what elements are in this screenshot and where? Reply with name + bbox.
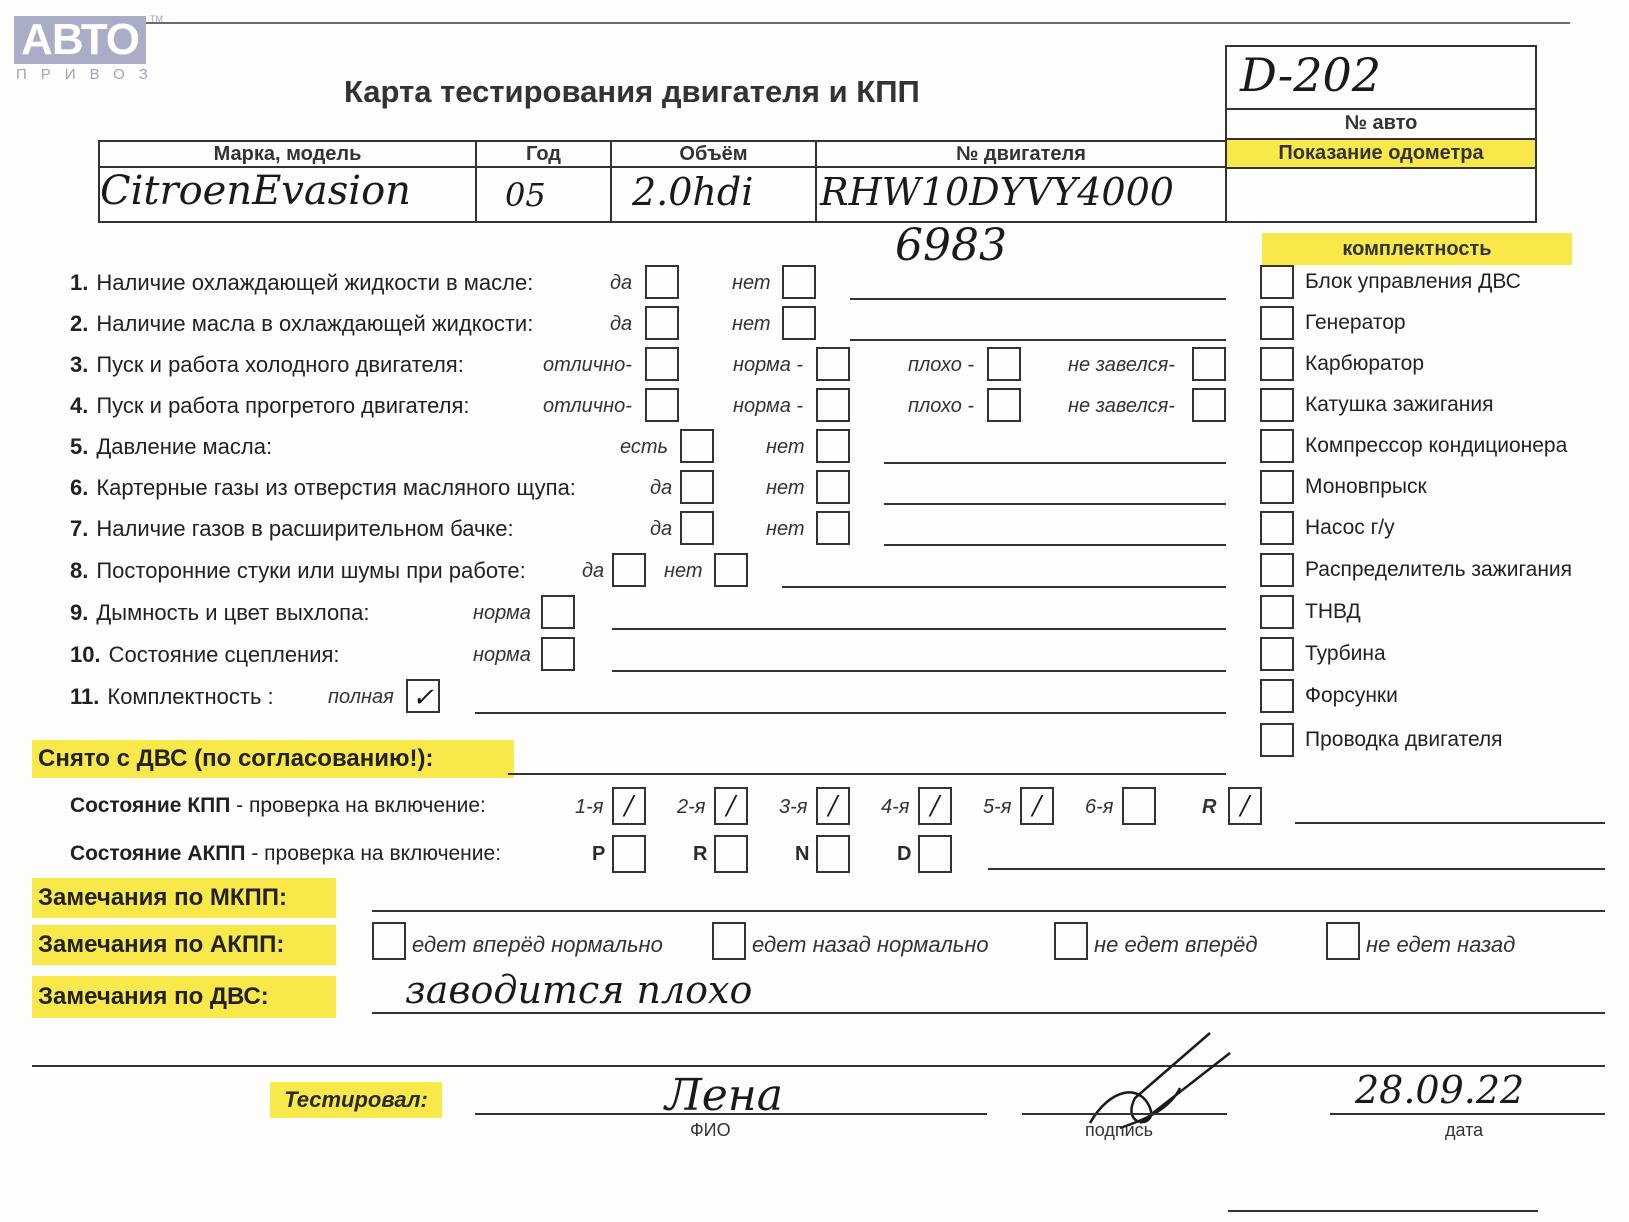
option-label: да xyxy=(650,477,672,500)
signature-caption: подпись xyxy=(1085,1120,1153,1141)
dvs-remarks-field-line xyxy=(372,1012,1605,1014)
option-checkbox[interactable] xyxy=(680,429,714,463)
option-checkbox[interactable] xyxy=(645,306,679,340)
auto-position-label: P xyxy=(592,843,605,866)
option-checkbox[interactable]: ✓ xyxy=(406,679,440,713)
auto-position-checkbox[interactable] xyxy=(612,835,646,873)
checklist-row: 9.Дымность и цвет выхлопа: xyxy=(70,600,369,626)
year-value[interactable]: 05 xyxy=(505,176,546,214)
row-label: Давление масла: xyxy=(96,434,272,459)
col-header-volume: Объём xyxy=(612,143,815,166)
row-number: 9. xyxy=(70,600,88,625)
gear-label: 6-я xyxy=(1085,796,1113,819)
manual-gearbox-label-bold: Состояние КПП xyxy=(70,794,230,817)
kit-checkbox[interactable] xyxy=(1260,595,1294,629)
option-label: не завелся- xyxy=(1068,395,1175,418)
kit-item-label: Блок управления ДВС xyxy=(1305,270,1521,294)
row-label: Состояние сцепления: xyxy=(109,642,340,667)
option-checkbox[interactable] xyxy=(987,347,1021,381)
option-checkbox[interactable] xyxy=(1192,388,1226,422)
kit-item-label: Катушка зажигания xyxy=(1305,393,1493,417)
auto-position-label: N xyxy=(795,843,809,866)
col-header-engine-number: № двигателя xyxy=(817,143,1225,166)
option-checkbox[interactable] xyxy=(645,388,679,422)
option-label: плохо - xyxy=(908,354,974,377)
checklist-row: 11.Комплектность : xyxy=(70,684,274,710)
option-label: норма xyxy=(473,602,531,625)
gear-label: 4-я xyxy=(881,796,909,819)
option-checkbox[interactable] xyxy=(816,429,850,463)
row-label: Наличие газов в расширительном бачке: xyxy=(96,516,513,541)
row-number: 3. xyxy=(70,352,88,377)
tested-label: Тестировал: xyxy=(270,1082,442,1118)
akpp-option-label: не едет назад xyxy=(1366,932,1515,958)
kit-checkbox[interactable] xyxy=(1260,347,1294,381)
row-notes-field[interactable] xyxy=(850,339,1226,341)
auto-position-label: R xyxy=(693,843,707,866)
col-header-year: Год xyxy=(477,143,610,166)
row-number: 1. xyxy=(70,270,88,295)
kit-item-label: Распределитель зажигания xyxy=(1305,558,1572,582)
kit-checkbox[interactable] xyxy=(1260,388,1294,422)
divider xyxy=(1225,108,1537,110)
row-notes-field[interactable] xyxy=(612,628,1226,630)
option-checkbox[interactable] xyxy=(1192,347,1226,381)
gear-checkbox[interactable]: / xyxy=(1020,787,1054,825)
row-number: 7. xyxy=(70,516,88,541)
gear-checkbox[interactable] xyxy=(1122,787,1156,825)
auto-position-checkbox[interactable] xyxy=(918,835,952,873)
kit-checkbox[interactable] xyxy=(1260,429,1294,463)
option-label: отлично- xyxy=(543,354,632,377)
option-label: да xyxy=(610,272,632,295)
kit-item-label: Карбюратор xyxy=(1305,352,1424,376)
odometer-field[interactable] xyxy=(1230,172,1530,218)
option-label: норма - xyxy=(733,354,803,377)
gear-checkbox[interactable]: / xyxy=(918,787,952,825)
removed-field[interactable] xyxy=(508,773,1226,775)
logo-trademark: TM xyxy=(150,14,163,24)
car-number-value[interactable]: D-202 xyxy=(1240,48,1381,102)
row-label: Наличие охлаждающей жидкости в масле: xyxy=(96,270,533,295)
option-label: плохо - xyxy=(908,395,974,418)
dvs-remarks-label: Замечания по ДВС: xyxy=(32,976,336,1018)
kit-checkbox[interactable] xyxy=(1260,265,1294,299)
row-label: Дымность и цвет выхлопа: xyxy=(96,600,369,625)
kit-checkbox[interactable] xyxy=(1260,723,1294,757)
gear-label: R xyxy=(1202,796,1216,819)
kit-item-label: Компрессор кондиционера xyxy=(1305,434,1567,458)
kit-item-label: ТНВД xyxy=(1305,600,1361,624)
row-notes-field[interactable] xyxy=(612,670,1226,672)
row-notes-field[interactable] xyxy=(884,544,1226,546)
gear-checkbox[interactable]: / xyxy=(816,787,850,825)
gear-checkbox[interactable]: / xyxy=(714,787,748,825)
auto-gearbox-label: Состояние АКПП - проверка на включение: xyxy=(70,842,501,866)
checklist-row: 2.Наличие масла в охлаждающей жидкости: xyxy=(70,311,533,337)
gear-label: 5-я xyxy=(983,796,1011,819)
option-label: нет xyxy=(732,313,771,336)
checklist-row: 5.Давление масла: xyxy=(70,434,272,460)
kit-checkbox[interactable] xyxy=(1260,470,1294,504)
auto-position-checkbox[interactable] xyxy=(714,835,748,873)
row-number: 2. xyxy=(70,311,88,336)
kit-title: комплектность xyxy=(1262,233,1572,265)
row-notes-field[interactable] xyxy=(884,462,1226,464)
top-rule xyxy=(20,22,1570,24)
row-number: 6. xyxy=(70,475,88,500)
row-notes-field[interactable] xyxy=(850,298,1226,300)
row-label: Посторонние стуки или шумы при работе: xyxy=(96,558,525,583)
row-notes-field[interactable] xyxy=(782,586,1226,588)
logo: АВТО xyxy=(14,16,146,64)
checklist-row: 1.Наличие охлаждающей жидкости в масле: xyxy=(70,270,533,296)
section-divider xyxy=(32,1065,1605,1067)
kit-item-label: Проводка двигателя xyxy=(1305,728,1503,752)
date-caption: дата xyxy=(1445,1120,1483,1141)
option-label: да xyxy=(610,313,632,336)
gear-label: 3-я xyxy=(779,796,807,819)
option-label: нет xyxy=(766,436,805,459)
checklist-row: 8.Посторонние стуки или шумы при работе: xyxy=(70,558,526,584)
kit-item-label: Насос г/у xyxy=(1305,516,1395,540)
option-checkbox[interactable] xyxy=(680,470,714,504)
mkpp-remarks-label: Замечания по МКПП: xyxy=(32,878,336,918)
removed-label: Снято с ДВС (по согласованию!): xyxy=(32,740,514,778)
option-checkbox[interactable] xyxy=(541,637,575,671)
akpp-option-label: едет назад нормально xyxy=(752,932,989,958)
gear-checkbox[interactable]: / xyxy=(1228,787,1262,825)
row-label: Комплектность : xyxy=(107,684,273,709)
option-checkbox[interactable] xyxy=(816,347,850,381)
manual-gearbox-label: Состояние КПП - проверка на включение: xyxy=(70,794,486,818)
option-label: отлично- xyxy=(543,395,632,418)
option-label: да xyxy=(650,518,672,541)
option-label: есть xyxy=(620,436,668,459)
option-label: нет xyxy=(732,272,771,295)
auto-position-label: D xyxy=(897,843,911,866)
row-number: 5. xyxy=(70,434,88,459)
kit-checkbox[interactable] xyxy=(1260,637,1294,671)
kit-checkbox[interactable] xyxy=(1260,511,1294,545)
option-checkbox[interactable] xyxy=(782,306,816,340)
row-number: 8. xyxy=(70,558,88,583)
akpp-option-label: едет вперёд нормально xyxy=(412,932,663,958)
date-line xyxy=(1330,1113,1605,1115)
option-label: не завелся- xyxy=(1068,354,1175,377)
mkpp-remarks-field[interactable] xyxy=(372,910,1605,912)
checklist-row: 10.Состояние сцепления: xyxy=(70,642,340,668)
option-label: нет xyxy=(766,477,805,500)
checklist-row: 7.Наличие газов в расширительном бачке: xyxy=(70,516,514,542)
tester-name-caption: ФИО xyxy=(690,1120,731,1141)
signature-line xyxy=(1022,1113,1227,1115)
option-label: нет xyxy=(664,560,703,583)
manual-gearbox-label-rest: - проверка на включение: xyxy=(230,794,486,817)
gear-label: 2-я xyxy=(677,796,705,819)
row-notes-field[interactable] xyxy=(475,712,1226,714)
car-number-label: № авто xyxy=(1225,112,1537,135)
option-label: полная xyxy=(328,686,394,709)
checklist-row: 4.Пуск и работа прогретого двигателя: xyxy=(70,393,469,419)
engine-number-continued[interactable]: 6983 xyxy=(895,220,1007,271)
row-label: Пуск и работа холодного двигателя: xyxy=(96,352,463,377)
auto-position-checkbox[interactable] xyxy=(816,835,850,873)
row-label: Наличие масла в охлаждающей жидкости: xyxy=(96,311,533,336)
auto-gearbox-label-rest: - проверка на включение: xyxy=(246,842,502,865)
page-title: Карта тестирования двигателя и КПП xyxy=(344,74,920,110)
kit-item-label: Генератор xyxy=(1305,311,1406,335)
model-value[interactable]: CitroenEvasion xyxy=(100,168,411,214)
option-checkbox[interactable] xyxy=(816,470,850,504)
option-label: да xyxy=(582,560,604,583)
akpp-option-checkbox[interactable] xyxy=(1054,922,1088,960)
row-number: 4. xyxy=(70,393,88,418)
kit-checkbox[interactable] xyxy=(1260,553,1294,587)
option-checkbox[interactable] xyxy=(816,388,850,422)
option-label: нет xyxy=(766,518,805,541)
option-label: норма xyxy=(473,644,531,667)
option-checkbox[interactable] xyxy=(816,511,850,545)
kit-item-label: Моновпрыск xyxy=(1305,475,1427,499)
dvs-remarks-value[interactable]: заводится плохо xyxy=(405,968,752,1012)
option-checkbox[interactable] xyxy=(714,553,748,587)
row-notes-field[interactable] xyxy=(884,503,1226,505)
row-number: 11. xyxy=(70,684,99,709)
option-checkbox[interactable] xyxy=(782,265,816,299)
auto-gearbox-label-bold: Состояние АКПП xyxy=(70,842,246,865)
kit-checkbox[interactable] xyxy=(1260,679,1294,713)
bottom-rule xyxy=(1228,1210,1538,1212)
akpp-option-label: не едет вперёд xyxy=(1094,932,1258,958)
odometer-label: Показание одометра xyxy=(1227,140,1535,167)
option-checkbox[interactable] xyxy=(645,265,679,299)
option-checkbox[interactable] xyxy=(680,511,714,545)
row-label: Картерные газы из отверстия масляного щу… xyxy=(96,475,576,500)
kit-item-label: Форсунки xyxy=(1305,684,1398,708)
checklist-row: 6.Картерные газы из отверстия масляного … xyxy=(70,475,576,501)
row-number: 10. xyxy=(70,642,101,667)
gear-label: 1-я xyxy=(575,796,603,819)
date-value[interactable]: 28.09.22 xyxy=(1355,1068,1524,1112)
manual-gearbox-notes-field[interactable] xyxy=(1295,822,1605,824)
divider xyxy=(1225,167,1537,169)
logo-subtitle: ПРИВОЗ xyxy=(16,66,162,83)
tester-name-line xyxy=(475,1113,987,1115)
option-label: норма - xyxy=(733,395,803,418)
volume-value[interactable]: 2.0hdi xyxy=(632,170,753,214)
kit-checkbox[interactable] xyxy=(1260,306,1294,340)
akpp-option-checkbox[interactable] xyxy=(1326,922,1360,960)
checklist-row: 3.Пуск и работа холодного двигателя: xyxy=(70,352,464,378)
option-checkbox[interactable] xyxy=(612,553,646,587)
option-checkbox[interactable] xyxy=(987,388,1021,422)
option-checkbox[interactable] xyxy=(645,347,679,381)
engine-number-value[interactable]: RHW10DYVY4000 xyxy=(820,170,1174,214)
option-checkbox[interactable] xyxy=(541,595,575,629)
row-label: Пуск и работа прогретого двигателя: xyxy=(96,393,469,418)
akpp-remarks-label: Замечания по АКПП: xyxy=(32,925,336,965)
col-header-model: Марка, модель xyxy=(100,143,475,166)
akpp-option-checkbox[interactable] xyxy=(372,922,406,960)
akpp-option-checkbox[interactable] xyxy=(712,922,746,960)
kit-item-label: Турбина xyxy=(1305,642,1386,666)
auto-gearbox-notes-field[interactable] xyxy=(988,868,1605,870)
gear-checkbox[interactable]: / xyxy=(612,787,646,825)
